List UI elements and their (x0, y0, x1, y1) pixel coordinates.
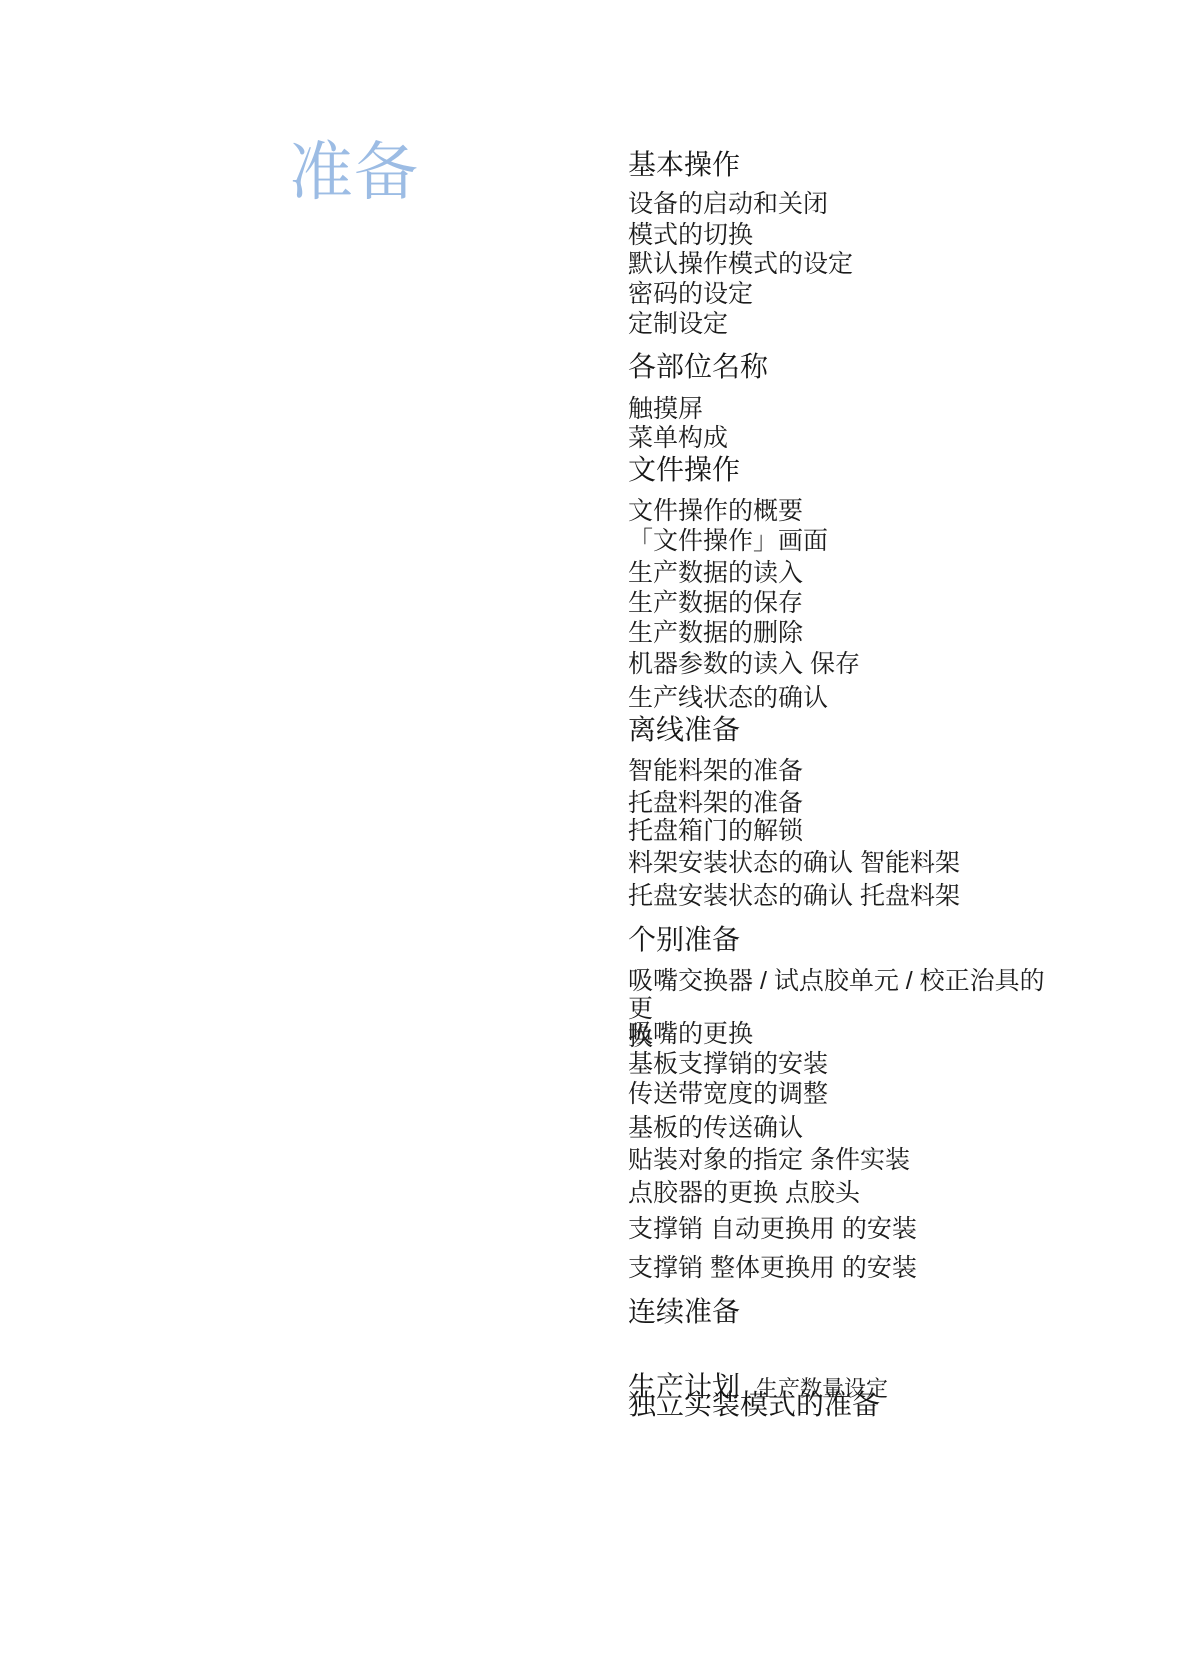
toc-item: 支撑销 整体更换用 的安装 (628, 1254, 1058, 1282)
toc-item: 机器参数的读入 保存 (628, 650, 1058, 678)
toc-item: 基板支撑销的安装 (628, 1050, 1058, 1078)
toc-item: 生产线状态的确认 (628, 684, 1058, 712)
toc-item: 密码的设定 (628, 280, 1058, 308)
toc-item: 默认操作模式的设定 (628, 250, 1058, 278)
toc-item: 定制设定 (628, 310, 1058, 338)
toc-item: 模式的切换 (628, 221, 1058, 249)
toc-item: 文件操作的概要 (628, 497, 1058, 525)
toc-item: 支撑销 自动更换用 的安装 (628, 1215, 1058, 1243)
table-of-contents: 基本操作 设备的启动和关闭 模式的切换 默认操作模式的设定 密码的设定 定制设定… (628, 0, 1068, 1675)
toc-item: 吸嘴的更换 (628, 1020, 1058, 1048)
toc-item: 托盘料架的准备 (628, 789, 1058, 817)
toc-item: 托盘箱门的解锁 (628, 817, 1058, 845)
toc-section-heading: 连续准备 (628, 1296, 1058, 1328)
toc-item: 托盘安装状态的确认 托盘料架 (628, 882, 1058, 910)
toc-section-heading: 离线准备 (628, 714, 1058, 746)
toc-item: 料架安装状态的确认 智能料架 (628, 849, 1058, 877)
toc-item: 传送带宽度的调整 (628, 1080, 1058, 1108)
toc-item: 基板的传送确认 (628, 1114, 1058, 1142)
toc-item: 菜单构成 (628, 424, 1058, 452)
toc-item: 生产数据的删除 (628, 619, 1058, 647)
toc-item: 「文件操作」画面 (628, 527, 1058, 555)
toc-item: 触摸屏 (628, 395, 1058, 423)
toc-item: 智能料架的准备 (628, 757, 1058, 785)
document-page: 准备 基本操作 设备的启动和关闭 模式的切换 默认操作模式的设定 密码的设定 定… (0, 0, 1184, 1675)
toc-item: 点胶器的更换 点胶头 (628, 1179, 1058, 1207)
toc-section-heading: 独立实装模式的准备 (628, 1389, 1058, 1421)
toc-item: 贴装对象的指定 条件实装 (628, 1146, 1058, 1174)
chapter-title: 准备 (289, 140, 419, 204)
toc-section-heading: 文件操作 (628, 454, 1058, 486)
toc-section-heading: 基本操作 (628, 149, 1058, 181)
toc-item: 生产数据的读入 (628, 559, 1058, 587)
toc-item: 生产数据的保存 (628, 589, 1058, 617)
toc-section-heading: 个别准备 (628, 924, 1058, 956)
toc-section-heading: 各部位名称 (628, 351, 1058, 383)
toc-item: 设备的启动和关闭 (628, 190, 1058, 218)
